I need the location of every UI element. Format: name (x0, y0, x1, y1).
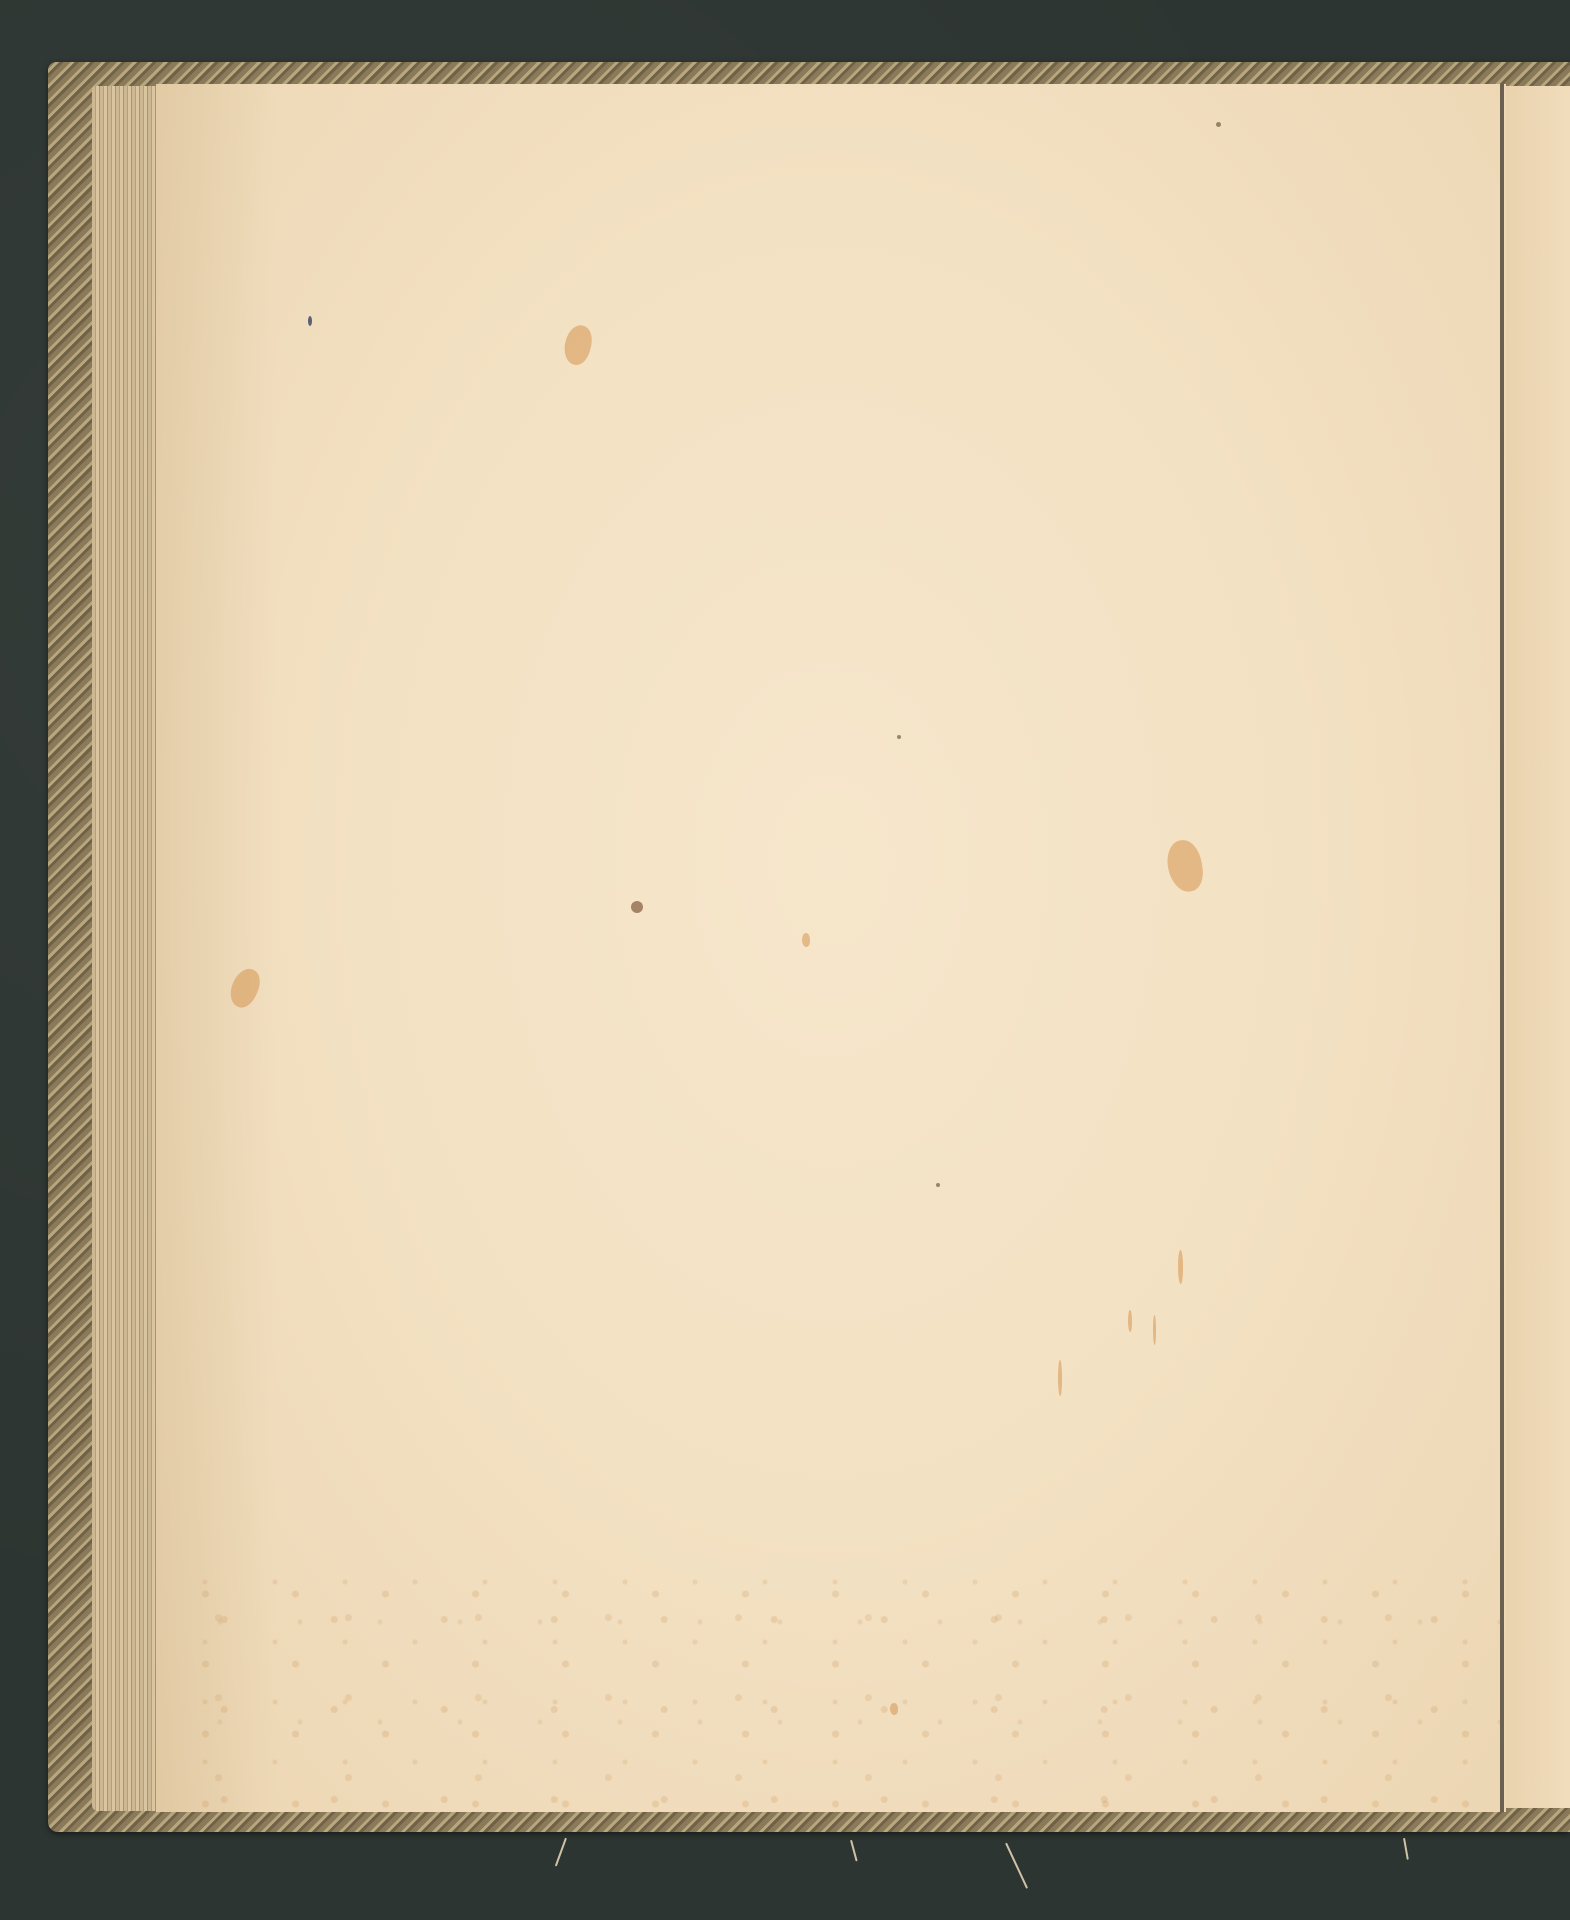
speck (897, 735, 901, 739)
speck (936, 1183, 940, 1187)
gutter-fold (1500, 84, 1504, 1812)
speck (308, 316, 312, 326)
stain (1153, 1315, 1156, 1345)
speck (1216, 122, 1221, 127)
stain (1178, 1250, 1183, 1284)
blank-page (156, 84, 1506, 1812)
stain (890, 1703, 898, 1715)
facing-page-edge (1506, 86, 1570, 1808)
stain (802, 933, 810, 947)
stain (1058, 1360, 1062, 1396)
speck (631, 901, 643, 913)
page-edges (92, 86, 162, 1811)
stain (1128, 1310, 1132, 1332)
